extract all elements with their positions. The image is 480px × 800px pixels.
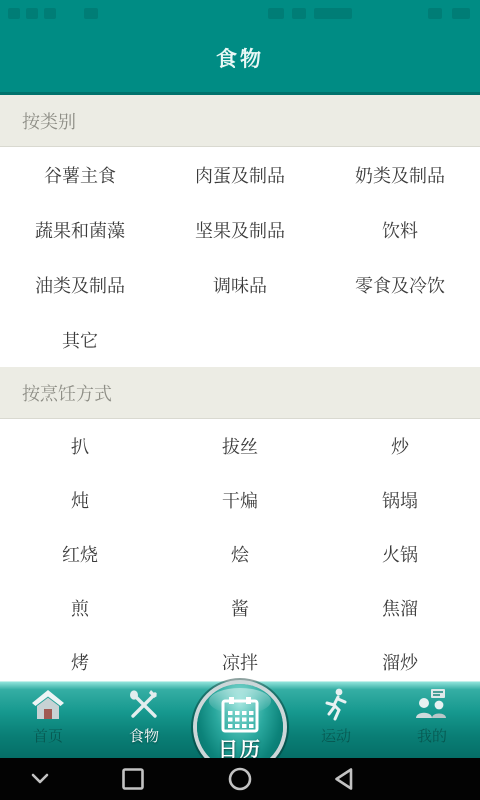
back-triangle-icon[interactable] bbox=[332, 766, 358, 792]
cooking-method-item[interactable]: 扒 bbox=[0, 419, 160, 473]
android-nav-bar bbox=[0, 758, 480, 800]
clock-icon bbox=[428, 8, 442, 19]
tab-home[interactable]: 首页 bbox=[0, 682, 96, 758]
chevron-down-icon[interactable] bbox=[27, 766, 53, 792]
section-header-label: 按烹饪方式 bbox=[22, 380, 112, 406]
tab-mine[interactable]: 我的 bbox=[384, 682, 480, 758]
category-item[interactable]: 奶类及制品 bbox=[320, 147, 480, 202]
cooking-method-item[interactable]: 酱 bbox=[160, 581, 320, 635]
category-item[interactable]: 肉蛋及制品 bbox=[160, 147, 320, 202]
section-header-category: 按类别 bbox=[0, 95, 480, 147]
cooking-method-item[interactable]: 烩 bbox=[160, 527, 320, 581]
tab-label: 运动 bbox=[321, 725, 351, 746]
category-item[interactable]: 油类及制品 bbox=[0, 257, 160, 312]
category-item[interactable]: 零食及冷饮 bbox=[320, 257, 480, 312]
tab-label: 我的 bbox=[417, 725, 447, 746]
signal-icon bbox=[268, 8, 284, 19]
tab-label: 食物 bbox=[129, 725, 159, 746]
section-header-cooking: 按烹饪方式 bbox=[0, 367, 480, 419]
tab-exercise[interactable]: 运动 bbox=[288, 682, 384, 758]
wifi-icon bbox=[292, 8, 306, 19]
runner-icon bbox=[318, 688, 354, 722]
section-header-label: 按类别 bbox=[22, 108, 76, 134]
category-item[interactable]: 调味品 bbox=[160, 257, 320, 312]
clock-icon bbox=[452, 8, 470, 19]
recents-square-icon[interactable] bbox=[120, 766, 146, 792]
cooking-method-item[interactable]: 红烧 bbox=[0, 527, 160, 581]
tab-bar: 首页 食物 bbox=[0, 681, 480, 758]
home-circle-icon[interactable] bbox=[227, 766, 253, 792]
tab-food[interactable]: 食物 bbox=[96, 682, 192, 758]
app-screen: 食物 按类别 谷薯主食肉蛋及制品奶类及制品蔬果和菌藻坚果及制品饮料油类及制品调味… bbox=[0, 0, 480, 800]
cooking-method-item[interactable]: 煎 bbox=[0, 581, 160, 635]
app-bar: 食物 bbox=[0, 0, 480, 95]
cooking-method-item[interactable]: 焦溜 bbox=[320, 581, 480, 635]
cooking-method-item[interactable]: 拔丝 bbox=[160, 419, 320, 473]
tab-label: 首页 bbox=[33, 725, 63, 746]
category-item[interactable]: 蔬果和菌藻 bbox=[0, 202, 160, 257]
category-item[interactable]: 饮料 bbox=[320, 202, 480, 257]
category-item[interactable]: 坚果及制品 bbox=[160, 202, 320, 257]
people-icon bbox=[414, 688, 450, 722]
tab-calendar: 日历 bbox=[192, 682, 288, 758]
notification-icon bbox=[44, 8, 56, 19]
cooking-method-item[interactable]: 干煸 bbox=[160, 473, 320, 527]
cooking-grid: 扒拔丝炒炖干煸锅塌红烧烩火锅煎酱焦溜烤凉拌溜炒 bbox=[0, 419, 480, 689]
cooking-method-item[interactable]: 炒 bbox=[320, 419, 480, 473]
cooking-method-item[interactable]: 火锅 bbox=[320, 527, 480, 581]
cooking-method-item[interactable]: 锅塌 bbox=[320, 473, 480, 527]
page-title: 食物 bbox=[0, 25, 480, 91]
utensils-icon bbox=[126, 688, 162, 722]
category-item[interactable]: 谷薯主食 bbox=[0, 147, 160, 202]
category-grid: 谷薯主食肉蛋及制品奶类及制品蔬果和菌藻坚果及制品饮料油类及制品调味品零食及冷饮其… bbox=[0, 147, 480, 367]
status-bar bbox=[0, 0, 480, 25]
notification-icon bbox=[8, 8, 20, 19]
notification-icon bbox=[84, 8, 98, 19]
home-icon bbox=[30, 688, 66, 722]
notification-icon bbox=[26, 8, 38, 19]
category-item[interactable]: 其它 bbox=[0, 312, 160, 367]
battery-icon bbox=[314, 8, 352, 19]
cooking-method-item[interactable]: 炖 bbox=[0, 473, 160, 527]
